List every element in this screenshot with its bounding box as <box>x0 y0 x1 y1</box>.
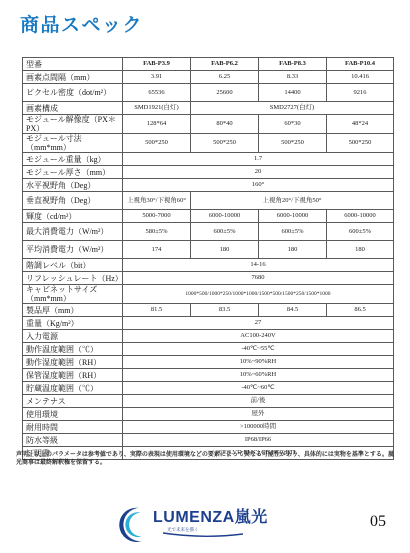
cell-value: 48*24 <box>327 115 394 134</box>
cell-value: 81.5 <box>123 304 191 317</box>
cell-value: 7680 <box>123 272 394 285</box>
row-label: 画素点間隔（mm） <box>23 71 123 84</box>
cell-value: 180 <box>327 241 394 259</box>
cell-value: 80*40 <box>191 115 259 134</box>
cell-value: 500*250 <box>327 134 394 153</box>
table-row: 動作温度範囲（℃）-40℃~55℃ <box>23 343 394 356</box>
cell-value: 8.33 <box>259 71 327 84</box>
cell-value: 屋外 <box>123 408 394 421</box>
cell-value: 128*64 <box>123 115 191 134</box>
table-row: モジュール厚さ（mm）20 <box>23 166 394 179</box>
cell-value: AC100-240V <box>123 330 394 343</box>
row-label: 平均消費電力（W/m²） <box>23 241 123 259</box>
cell-value: 27 <box>123 317 394 330</box>
cell-value: 60*30 <box>259 115 327 134</box>
row-label: ピクセル密度（dot/m²） <box>23 84 123 102</box>
row-label: モジュール重量（kg） <box>23 153 123 166</box>
cell-value: -40℃~60℃ <box>123 382 394 395</box>
spec-table: 型番FAB-P3.9FAB-P6.2FAB-P8.3FAB-P10.4画素点間隔… <box>22 57 394 460</box>
cell-value: 180 <box>259 241 327 259</box>
wave-crescent-icon <box>113 506 151 544</box>
cell-value: 86.5 <box>327 304 394 317</box>
row-label: 輝度（cd/m²） <box>23 210 123 223</box>
cell-value: 1000*500/1000*250/1000*1000/1500*500/150… <box>123 285 394 304</box>
cell-value: 14-16 <box>123 259 394 272</box>
cell-value: 500*250 <box>191 134 259 153</box>
table-row: 重量（Kg/m²）27 <box>23 317 394 330</box>
row-label: モジュール寸法（mm*mm） <box>23 134 123 153</box>
cell-value: 10%~60%RH <box>123 369 394 382</box>
cell-value: 600±5% <box>327 223 394 241</box>
row-label: モジュール厚さ（mm） <box>23 166 123 179</box>
table-row: 動作湿度範囲（RH）10%~90%RH <box>23 356 394 369</box>
table-row: 階調レベル（bit）14-16 <box>23 259 394 272</box>
row-label: 画素構成 <box>23 102 123 115</box>
row-label: 型番 <box>23 58 123 71</box>
table-row: 平均消費電力（W/m²）174180180180 <box>23 241 394 259</box>
cell-value: IP68/IP66 <box>123 434 394 447</box>
row-label: 防水等級 <box>23 434 123 447</box>
table-row: モジュール寸法（mm*mm）500*250500*250500*250500*2… <box>23 134 394 153</box>
cell-value: 84.5 <box>259 304 327 317</box>
cell-value: 10%~90%RH <box>123 356 394 369</box>
cell-value: 160° <box>123 179 394 192</box>
table-row: 水平視野角（Deg）160° <box>23 179 394 192</box>
row-label: 製品厚（mm） <box>23 304 123 317</box>
logo: LUMENZA嵐光 光で未来を描く <box>113 506 268 544</box>
cell-value: 6000-10000 <box>259 210 327 223</box>
row-label: キャビネットサイズ（mm*mm） <box>23 285 123 304</box>
cell-value: FAB-P8.3 <box>259 58 327 71</box>
table-row: モジュール重量（kg）1.7 <box>23 153 394 166</box>
cell-value: 上視角20°/下視角50° <box>191 192 394 210</box>
cell-value: 500*250 <box>259 134 327 153</box>
table-row: キャビネットサイズ（mm*mm）1000*500/1000*250/1000*1… <box>23 285 394 304</box>
cell-value: 14400 <box>259 84 327 102</box>
row-label: 階調レベル（bit） <box>23 259 123 272</box>
footer-note: 声明：以上のパラメータは参考値であり、実際の表現は使用環境などの要素によって異な… <box>16 452 396 467</box>
table-row: 垂直視野角（Deg）上視角30°/下視角60°上視角20°/下視角50° <box>23 192 394 210</box>
cell-value: FAB-P10.4 <box>327 58 394 71</box>
cell-value: FAB-P3.9 <box>123 58 191 71</box>
row-label: リフレッシュレート（Hz） <box>23 272 123 285</box>
cell-value: 580±5% <box>123 223 191 241</box>
row-label: 耐用時間 <box>23 421 123 434</box>
table-row: メンテナス前/後 <box>23 395 394 408</box>
logo-name: LUMENZA嵐光 <box>153 509 268 526</box>
row-label: 最大消費電力（W/m²） <box>23 223 123 241</box>
table-row: 最大消費電力（W/m²）580±5%600±5%600±5%600±5% <box>23 223 394 241</box>
table-row: 保管湿度範囲（RH）10%~60%RH <box>23 369 394 382</box>
cell-value: SMD2727(白灯) <box>191 102 394 115</box>
row-label: 入力電源 <box>23 330 123 343</box>
cell-value: 6000-10000 <box>191 210 259 223</box>
row-label: 垂直視野角（Deg） <box>23 192 123 210</box>
cell-value: 5000-7000 <box>123 210 191 223</box>
row-label: 貯蔵温度範囲（℃） <box>23 382 123 395</box>
cell-value: 600±5% <box>259 223 327 241</box>
row-label: 使用環境 <box>23 408 123 421</box>
table-row: 型番FAB-P3.9FAB-P6.2FAB-P8.3FAB-P10.4 <box>23 58 394 71</box>
cell-value: -40℃~55℃ <box>123 343 394 356</box>
cell-value: 9216 <box>327 84 394 102</box>
table-row: 貯蔵温度範囲（℃）-40℃~60℃ <box>23 382 394 395</box>
cell-value: 6.25 <box>191 71 259 84</box>
row-label: 重量（Kg/m²） <box>23 317 123 330</box>
table-row: 使用環境屋外 <box>23 408 394 421</box>
cell-value: 10.416 <box>327 71 394 84</box>
cell-value: 65536 <box>123 84 191 102</box>
row-label: 水平視野角（Deg） <box>23 179 123 192</box>
cell-value: 3.91 <box>123 71 191 84</box>
cell-value: 83.5 <box>191 304 259 317</box>
table-row: 製品厚（mm）81.583.584.586.5 <box>23 304 394 317</box>
cell-value: 20 <box>123 166 394 179</box>
table-row: 画素点間隔（mm）3.916.258.3310.416 <box>23 71 394 84</box>
table-row: ピクセル密度（dot/m²）6553625600144009216 <box>23 84 394 102</box>
table-row: 入力電源AC100-240V <box>23 330 394 343</box>
cell-value: >100000時間 <box>123 421 394 434</box>
cell-value: FAB-P6.2 <box>191 58 259 71</box>
page-number: 05 <box>370 513 386 531</box>
row-label: 動作湿度範囲（RH） <box>23 356 123 369</box>
cell-value: 25600 <box>191 84 259 102</box>
table-row: モジュール解像度（PX＊PX）128*6480*4060*3048*24 <box>23 115 394 134</box>
cell-value: 上視角30°/下視角60° <box>123 192 191 210</box>
table-row: 耐用時間>100000時間 <box>23 421 394 434</box>
table-row: 画素構成SMD1921(白灯)SMD2727(白灯) <box>23 102 394 115</box>
cell-value: 180 <box>191 241 259 259</box>
cell-value: 6000-10000 <box>327 210 394 223</box>
cell-value: 174 <box>123 241 191 259</box>
table-row: 防水等級IP68/IP66 <box>23 434 394 447</box>
spec-table-body: 型番FAB-P3.9FAB-P6.2FAB-P8.3FAB-P10.4画素点間隔… <box>23 58 394 460</box>
row-label: モジュール解像度（PX＊PX） <box>23 115 123 134</box>
cell-value: 600±5% <box>191 223 259 241</box>
row-label: メンテナス <box>23 395 123 408</box>
cell-value: 500*250 <box>123 134 191 153</box>
cell-value: SMD1921(白灯) <box>123 102 191 115</box>
table-row: 輝度（cd/m²）5000-70006000-100006000-1000060… <box>23 210 394 223</box>
row-label: 動作温度範囲（℃） <box>23 343 123 356</box>
cell-value: 1.7 <box>123 153 394 166</box>
table-row: リフレッシュレート（Hz）7680 <box>23 272 394 285</box>
page-title: 商品スペック <box>20 10 143 37</box>
cell-value: 前/後 <box>123 395 394 408</box>
row-label: 保管湿度範囲（RH） <box>23 369 123 382</box>
